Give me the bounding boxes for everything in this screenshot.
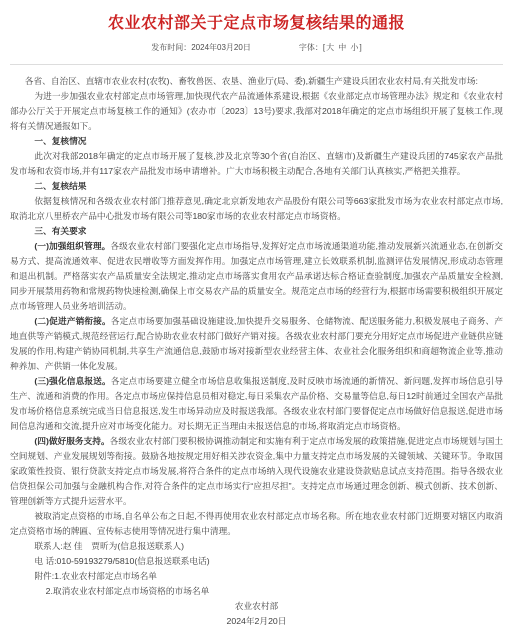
font-size-switcher: 字体：[大 中 小] [299,42,362,53]
requirement-1-text: 各级农业农村部门要强化定点市场指导,发挥好定点市场流通渠道功能,推动发展新兴流通… [10,241,503,311]
intro-paragraph: 为进一步加强农业农村部定点市场管理,加快现代农产品流通体系建设,根据《农业部定点… [10,89,503,134]
attachment-2: 2.取消农业农村部定点市场资格的市场名单 [10,584,503,599]
font-label-suffix: ] [360,43,362,52]
font-size-small[interactable]: 小 [351,43,359,52]
font-label: 字体：[ [299,43,325,52]
font-size-medium[interactable]: 中 [338,43,346,52]
section-2-paragraph: 依据复核情况和各级农业农村部门推荐意见,确定北京新发地农产品股份有限公司等663… [10,194,503,224]
section-2-heading: 二、复核结果 [10,179,503,194]
signature-org: 农业农村部 [10,599,503,614]
publish-time: 发布时间：2024年03月20日 [151,42,251,53]
meta-bar: 发布时间：2024年03月20日 字体：[大 中 小] [10,42,503,53]
notice-body: 各省、自治区、直辖市农业农村(农牧)、畜牧兽医、农垦、渔业厅(局、委),新疆生产… [10,74,503,629]
page-title: 农业农村部关于定点市场复核结果的通报 [28,14,485,33]
requirement-4-lead: (四)做好服务支持。 [34,436,109,446]
section-1-paragraph: 此次对我部2018年确定的定点市场开展了复核,涉及北京等30个省(自治区、直辖市… [10,149,503,179]
signature-date: 2024年2月20日 [10,614,503,629]
contact-phone: 电 话:010-59193279/5810(信息报送联系电话) [10,554,503,569]
requirement-4: (四)做好服务支持。各级农业农村部门要积极协调推动制定和实施有利于定点市场发展的… [10,434,503,509]
requirement-2-lead: (二)促进产销衔接。 [34,316,110,326]
requirement-1-lead: (一)加强组织管理。 [34,241,110,251]
attachment-1: 附件:1.农业农村部定点市场名单 [10,569,503,584]
requirement-4-text: 各级农业农村部门要积极协调推动制定和实施有利于定点市场发展的政策措施,促进定点市… [10,436,503,506]
requirement-1: (一)加强组织管理。各级农业农村部门要强化定点市场指导,发挥好定点市场流通渠道功… [10,239,503,314]
font-size-large[interactable]: 大 [326,43,334,52]
notice-page: 农业农村部关于定点市场复核结果的通报 发布时间：2024年03月20日 字体：[… [0,0,513,635]
section-3-heading: 三、有关要求 [10,224,503,239]
requirement-2: (二)促进产销衔接。各定点市场要加强基础设施建设,加快提升交易服务、仓储物流、配… [10,314,503,374]
contact-person: 联系人:赵 佳 贾昕为(信息报送联系人) [10,539,503,554]
header-divider [10,64,503,65]
salutation: 各省、自治区、直辖市农业农村(农牧)、畜牧兽医、农垦、渔业厅(局、委),新疆生产… [10,74,503,89]
section-1-heading: 一、复核情况 [10,134,503,149]
requirement-3: (三)强化信息报送。各定点市场要建立健全市场信息收集报送制度,及时反映市场流通的… [10,374,503,434]
closing-paragraph: 被取消定点资格的市场,自名单公布之日起,不得再使用农业农村部定点市场名称。所在地… [10,509,503,539]
requirement-3-lead: (三)强化信息报送。 [34,376,110,386]
